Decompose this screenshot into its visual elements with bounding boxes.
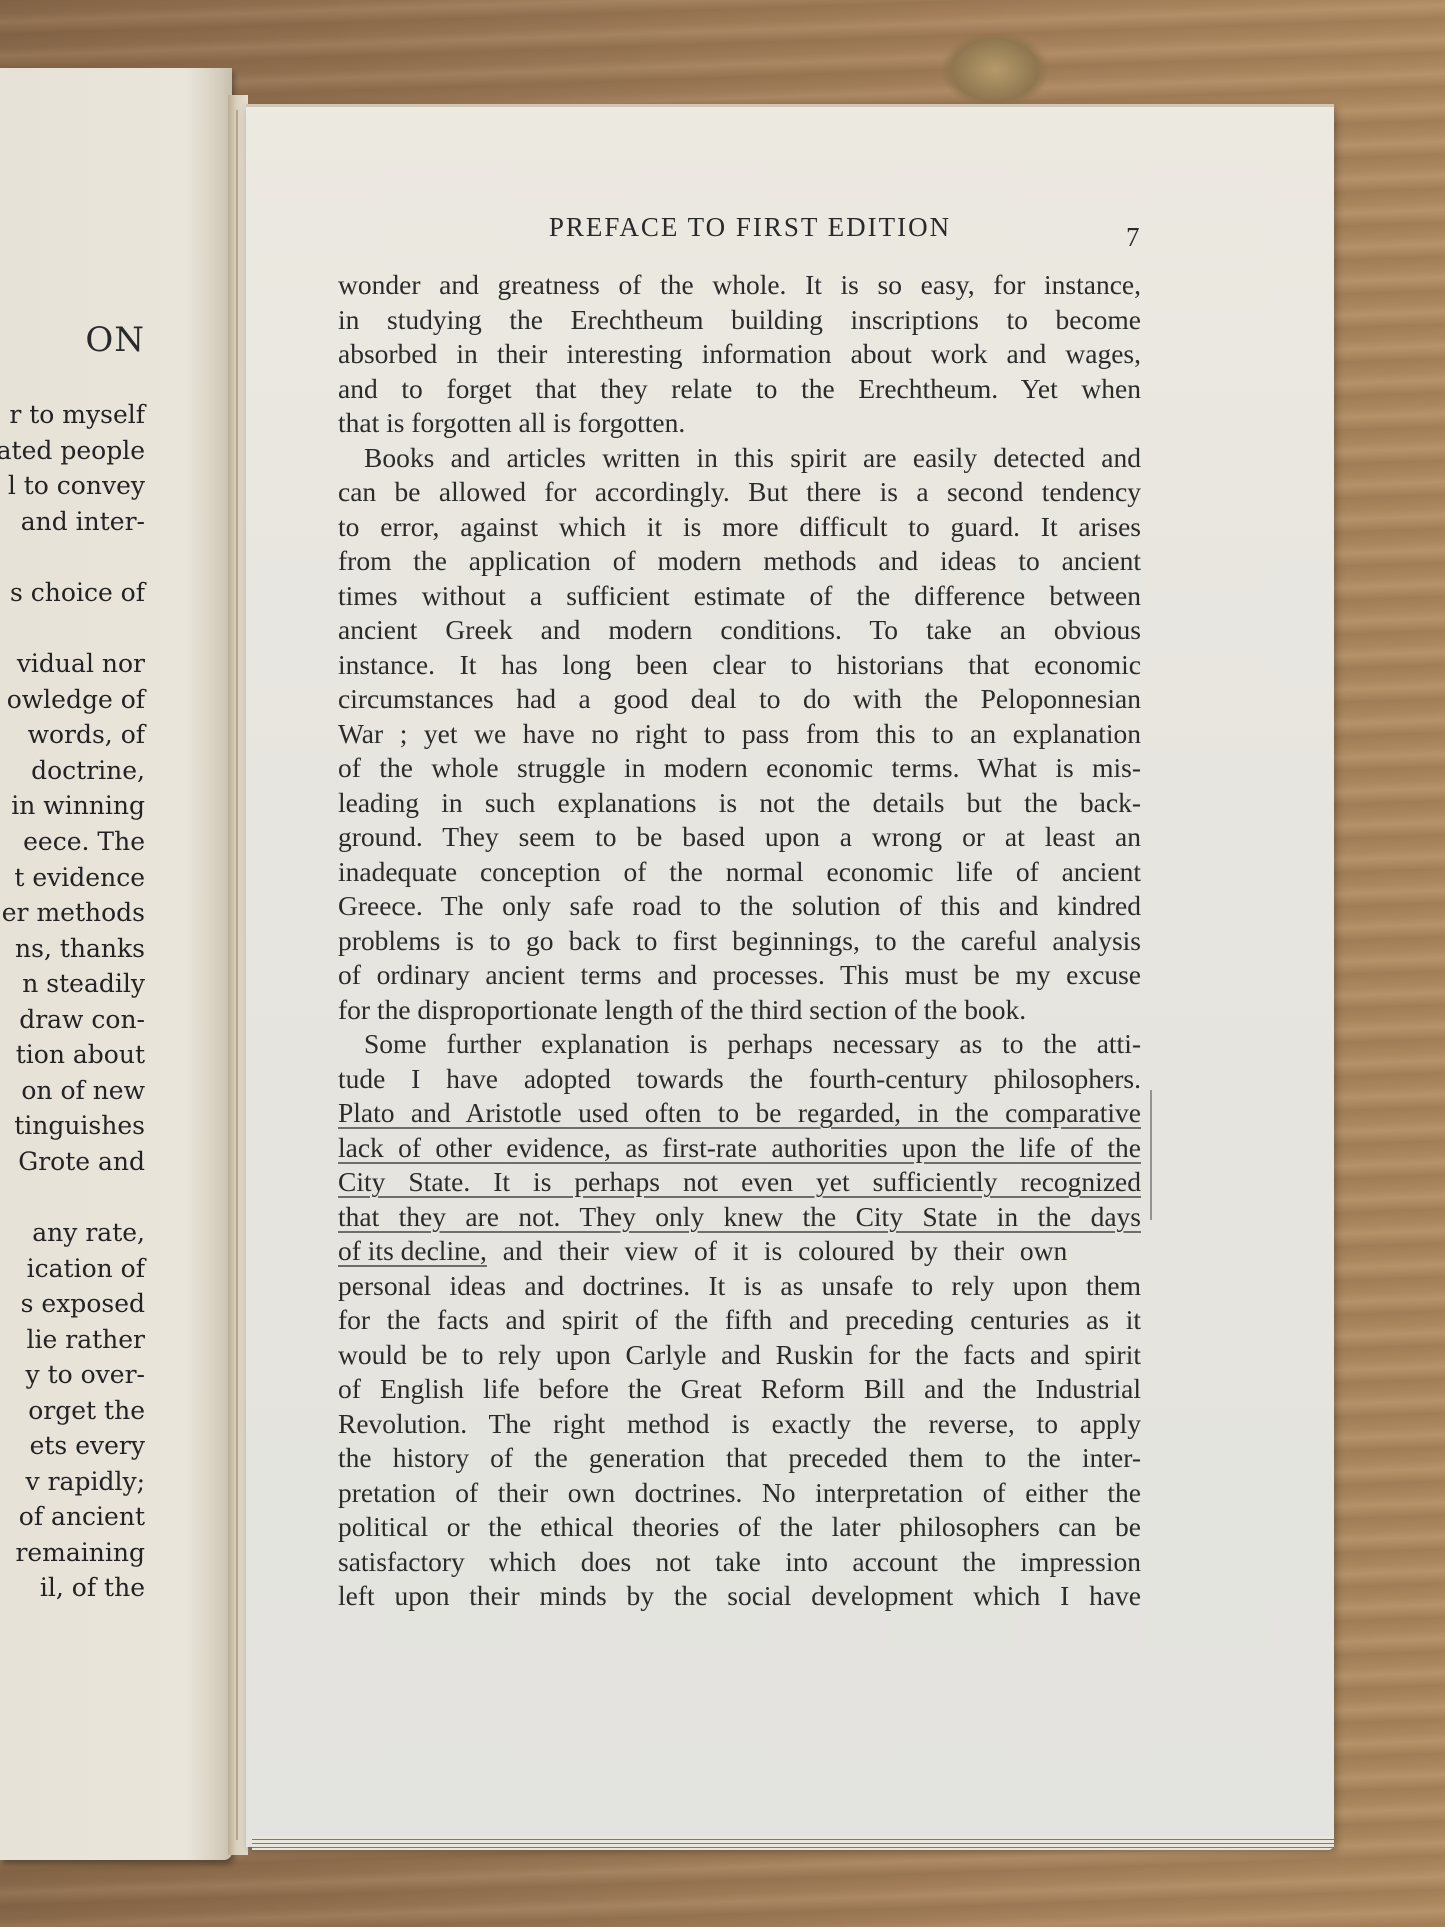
running-head: PREFACE TO FIRST EDITION: [520, 212, 980, 243]
left-line: draw con-: [19, 1005, 145, 1034]
left-line: n steadily: [22, 969, 145, 998]
text-line: of English life before the Great Reform …: [338, 1372, 1141, 1407]
text-line: of the whole struggle in modern economic…: [338, 751, 1141, 786]
left-line: eece. The: [23, 827, 145, 856]
left-page-heading-fragment: ON: [85, 320, 145, 360]
text-line: to error, against which it is more diffi…: [338, 510, 1141, 545]
left-line: and inter-: [21, 507, 145, 536]
left-line: of ancient: [19, 1502, 145, 1531]
text-line: would be to rely upon Carlyle and Ruskin…: [338, 1338, 1141, 1373]
left-line: l to convey: [8, 471, 145, 500]
text-line: Revolution. The right method is exactly …: [338, 1407, 1141, 1442]
text-line: inadequate conception of the normal econ…: [338, 855, 1141, 890]
paragraph-start-line: Books and articles written in this spiri…: [338, 441, 1141, 476]
left-line: s exposed: [21, 1289, 145, 1318]
text-line: of ordinary ancient terms and processes.…: [338, 958, 1141, 993]
left-line: owledge of: [7, 685, 145, 714]
underlined-line: lack of other evidence, as first-rate au…: [338, 1131, 1141, 1166]
left-line: orget the: [28, 1396, 145, 1425]
text-line: tude I have adopted towards the fourth-c…: [338, 1062, 1141, 1097]
paragraph-start-line: Some further explanation is perhaps nece…: [338, 1027, 1141, 1062]
left-page: ON r to myself ated people l to convey a…: [0, 68, 232, 1860]
left-line: er methods: [2, 898, 145, 927]
page-block-edges: [252, 1836, 1334, 1850]
text-line: for the disproportionate length of the t…: [338, 993, 1141, 1028]
body-text: wonder and greatness of the whole. It is…: [338, 268, 1141, 1614]
left-line: in winning: [11, 791, 145, 820]
underlined-line: Plato and Aristotle used often to be reg…: [338, 1096, 1141, 1131]
left-line: t evidence: [14, 863, 145, 892]
left-line: lie rather: [27, 1325, 145, 1354]
left-line: Grote and: [18, 1147, 145, 1176]
text-line: problems is to go back to first beginnin…: [338, 924, 1141, 959]
underlined-line: City State. It is perhaps not even yet s…: [338, 1165, 1141, 1200]
left-line: remaining: [15, 1538, 145, 1567]
text-fragment: and their view of it is coloured by thei…: [487, 1235, 1067, 1266]
left-line: ated people: [0, 436, 145, 465]
text-line-mixed: of its decline, and their view of it is …: [338, 1234, 1141, 1269]
left-line: il, of the: [40, 1573, 145, 1602]
wood-knot: [940, 30, 1050, 110]
book-gutter: [228, 95, 248, 1855]
underlined-line: that they are not. They only knew the Ci…: [338, 1200, 1141, 1235]
text-line: and to forget that they relate to the Er…: [338, 372, 1141, 407]
text-line: in studying the Erechtheum building insc…: [338, 303, 1141, 338]
text-line: that is forgotten all is forgotten.: [338, 406, 1141, 441]
text-line: War ; yet we have no right to pass from …: [338, 717, 1141, 752]
text-line: from the application of modern methods a…: [338, 544, 1141, 579]
text-line: satisfactory which does not take into ac…: [338, 1545, 1141, 1580]
binding-line: [236, 110, 238, 1840]
left-line: y to over-: [26, 1360, 145, 1389]
left-line: r to myself: [9, 400, 145, 429]
text-line: instance. It has long been clear to hist…: [338, 648, 1141, 683]
left-line: vidual nor: [17, 649, 145, 678]
left-line: words, of: [28, 720, 145, 749]
left-line: ns, thanks: [15, 934, 145, 963]
text-line: wonder and greatness of the whole. It is…: [338, 268, 1141, 303]
text-line: left upon their minds by the social deve…: [338, 1579, 1141, 1614]
text-line: for the facts and spirit of the fifth an…: [338, 1303, 1141, 1338]
text-line: leading in such explanations is not the …: [338, 786, 1141, 821]
left-line: s choice of: [10, 578, 145, 607]
left-line: ication of: [27, 1254, 145, 1283]
text-line: ancient Greek and modern conditions. To …: [338, 613, 1141, 648]
text-line: can be allowed for accordingly. But ther…: [338, 475, 1141, 510]
text-line: political or the ethical theories of the…: [338, 1510, 1141, 1545]
text-line: absorbed in their interesting informatio…: [338, 337, 1141, 372]
text-line: circumstances had a good deal to do with…: [338, 682, 1141, 717]
page-number: 7: [1126, 222, 1140, 253]
text-line: times without a sufficient estimate of t…: [338, 579, 1141, 614]
left-line: on of new: [21, 1076, 145, 1105]
text-line: personal ideas and doctrines. It is as u…: [338, 1269, 1141, 1304]
left-line: tion about: [16, 1040, 145, 1069]
left-line: any rate,: [32, 1218, 145, 1247]
left-line: tinguishes: [14, 1111, 145, 1140]
text-line: pretation of their own doctrines. No int…: [338, 1476, 1141, 1511]
left-line: v rapidly;: [26, 1467, 145, 1496]
pencil-margin-mark: [1150, 1090, 1152, 1220]
text-line: ground. They seem to be based upon a wro…: [338, 820, 1141, 855]
text-line: the history of the generation that prece…: [338, 1441, 1141, 1476]
left-line: ets every: [30, 1431, 145, 1460]
text-line: Greece. The only safe road to the soluti…: [338, 889, 1141, 924]
underlined-fragment: of its decline,: [338, 1235, 487, 1266]
left-line: doctrine,: [31, 756, 145, 785]
left-page-text-column: ON r to myself ated people l to convey a…: [0, 68, 145, 1860]
